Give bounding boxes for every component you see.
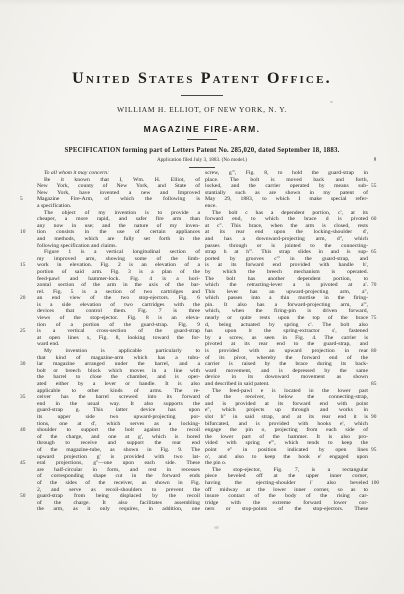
inventor-line: WILLIAM H. ELLIOT, OF NEW YORK, N. Y. bbox=[0, 105, 404, 114]
divider-rule bbox=[187, 139, 217, 140]
ink-speck bbox=[214, 526, 219, 529]
text-line: and is provided at its forward end with … bbox=[205, 401, 368, 408]
text-line: the lower part of the hammer. It is also… bbox=[205, 434, 368, 441]
line-number: 45 bbox=[20, 460, 33, 467]
text-line: 15work in elevation. Fig. 2 is an elevat… bbox=[37, 262, 200, 269]
line-number: 65 bbox=[371, 249, 384, 256]
text-line: carrier is raised by the brace during it… bbox=[205, 361, 368, 368]
text-line: of the charge, and one at g', which is b… bbox=[37, 434, 200, 441]
text-line: 75nearly or quite rests upon the top of … bbox=[205, 315, 368, 322]
text-line: ence. bbox=[205, 203, 368, 210]
text-line: screw, g''', Fig. 8, to hold the guard-s… bbox=[205, 170, 368, 177]
text-line: engage the pin o, projecting from each s… bbox=[205, 427, 368, 434]
line-number: 5 bbox=[20, 196, 33, 203]
text-line: at open lines x, Fig. 8, looking toward … bbox=[37, 335, 200, 342]
text-line: the barrel to close the chamber, and is … bbox=[37, 374, 200, 381]
line-number: 80 bbox=[371, 348, 384, 355]
text-line: guard-strap g. This latter device has up… bbox=[37, 407, 200, 414]
line-number: 100 bbox=[371, 480, 384, 487]
line-number: 15 bbox=[20, 262, 33, 269]
text-line: is a side elevation of two cartridges wi… bbox=[37, 302, 200, 309]
text-line: 85and described in said patent. bbox=[205, 381, 368, 388]
line-number: 25 bbox=[20, 328, 33, 335]
text-line: 25is a vertical cross-section of the gua… bbox=[37, 328, 200, 335]
left-column: To all whom it may concern:Be it known t… bbox=[37, 170, 200, 513]
text-line: 70which the retracting-lever a is pivote… bbox=[205, 282, 368, 289]
text-line: ated either by a lever or handle. It is … bbox=[37, 381, 200, 388]
text-line: ward movement, and is depressed by the s… bbox=[205, 368, 368, 375]
document-header: United States Patent Office. WILLIAM H. … bbox=[0, 0, 404, 168]
text-line: insure contact of the body of the rising… bbox=[205, 493, 368, 500]
ink-speck bbox=[374, 157, 376, 161]
text-line: by a screw, as seen in Fig. 4. The carri… bbox=[205, 335, 368, 342]
text-line: through to receive and support the rear … bbox=[37, 440, 200, 447]
text-line: 95point e'' in position indicated by ope… bbox=[205, 447, 368, 454]
line-number: 55 bbox=[371, 183, 384, 190]
text-line: cheaper, a more rapid, and safer fire ar… bbox=[37, 216, 200, 223]
text-line: My invention is applicable particularly … bbox=[37, 348, 200, 355]
text-line: piece beveled off at the upper inner cor… bbox=[205, 473, 368, 480]
text-line: vided with spring e''', which tends to k… bbox=[205, 440, 368, 447]
text-line: 55locked, and the carrier operated by me… bbox=[205, 183, 368, 190]
text-line: ners or stop-points of the stop-ejectors… bbox=[205, 506, 368, 513]
line-number: 70 bbox=[371, 282, 384, 289]
text-line: and methods, which are fully set forth i… bbox=[37, 236, 200, 243]
text-line: 80is provided with an upward projection … bbox=[205, 348, 368, 355]
office-title: United States Patent Office. bbox=[0, 69, 404, 89]
line-number: 35 bbox=[20, 394, 33, 401]
text-line: of corresponding shape cut in the forwar… bbox=[37, 473, 200, 480]
text-line: portion of said arm. Fig. 3 is a plan of… bbox=[37, 269, 200, 276]
text-line: 60forward end, to which the brace d is p… bbox=[205, 216, 368, 223]
text-line: zontal section of the arm in the axis of… bbox=[37, 282, 200, 289]
patent-title: MAGAZINE FIRE-ARM. bbox=[0, 124, 404, 134]
text-line: pivoted at its rear end to the guard-str… bbox=[205, 341, 368, 348]
application-line: Application filed July 3, 1883. (No mode… bbox=[0, 157, 404, 163]
line-number: 85 bbox=[371, 381, 384, 388]
text-line: May 29, 1883, to which I make special re… bbox=[205, 196, 368, 203]
text-line: that kind of magazine-arm which has a tu… bbox=[37, 355, 200, 362]
text-line: The bolt has another dependent portion, … bbox=[205, 276, 368, 283]
patent-document-page: United States Patent Office. WILLIAM H. … bbox=[0, 0, 404, 594]
text-line: Figure 1 is a vertical longitudinal sect… bbox=[37, 249, 200, 256]
text-line: To all whom it may concern: bbox=[37, 170, 200, 177]
text-line: which passes into a thin mortise in the … bbox=[205, 295, 368, 302]
text-line: 5Magazine Fire-Arm, of which the followi… bbox=[37, 196, 200, 203]
text-line: 50guard-strap from being displaced by th… bbox=[37, 493, 200, 500]
text-line: by which the breech mechanism is operate… bbox=[205, 269, 368, 276]
line-number: 75 bbox=[371, 315, 384, 322]
text-line: tions, one at d', which serves as a lock… bbox=[37, 421, 200, 428]
text-line: o', and also to keep the hook e' engaged… bbox=[205, 454, 368, 461]
line-number: 30 bbox=[20, 361, 33, 368]
text-line: 35ceiver has the barrel screwed into its… bbox=[37, 394, 200, 401]
ink-speck bbox=[330, 101, 333, 103]
text-line: 100having the ejecting-shoulder i' also … bbox=[205, 480, 368, 487]
text-line: at its rear end upon the locking-shoulde… bbox=[205, 229, 368, 236]
text-line: of the sides of the receiver, as shown i… bbox=[37, 480, 200, 487]
text-line: ward end. bbox=[37, 341, 200, 348]
text-line: at c''. This brace, when the arm is clos… bbox=[205, 223, 368, 230]
divider-rule bbox=[189, 167, 215, 168]
line-number: 90 bbox=[371, 414, 384, 421]
text-line: 40shoulder to support the bolt against t… bbox=[37, 427, 200, 434]
text-line: end in the usual way. It also supports t… bbox=[37, 401, 200, 408]
text-line: 65strap h at h'''. This strap slides in … bbox=[205, 249, 368, 256]
line-number: 10 bbox=[20, 229, 33, 236]
text-line: 90slot h'' in said strap, and at its rea… bbox=[205, 414, 368, 421]
text-line: and has a downward-projecting arm, d'', … bbox=[205, 236, 368, 243]
line-number: 60 bbox=[371, 216, 384, 223]
text-line: upward projection g' is provided with tw… bbox=[37, 454, 200, 461]
line-number: 95 bbox=[371, 447, 384, 454]
text-line: of the charge. It also facilitates assem… bbox=[37, 500, 200, 507]
text-line: the arm, as it only requires, in additio… bbox=[37, 506, 200, 513]
text-line: the pin o. bbox=[205, 460, 368, 467]
text-line: device in its downward movement as shown bbox=[205, 374, 368, 381]
text-line: is at its forward end provided with hand… bbox=[205, 262, 368, 269]
specification-body: To all whom it may concern:Be it known t… bbox=[0, 170, 404, 513]
text-line: e'', which projects up through and works… bbox=[205, 407, 368, 414]
text-line: place. The bolt is moved back and forth, bbox=[205, 177, 368, 184]
text-line: of the magazine-tube, as shown in Fig. 9… bbox=[37, 447, 200, 454]
text-line: views of the stop-ejector. Fig. 8 is an … bbox=[37, 315, 200, 322]
text-line: of the receiver, below the connecting-st… bbox=[205, 394, 368, 401]
text-line: 10tion consists in the use of certain ap… bbox=[37, 229, 200, 236]
line-number: 20 bbox=[20, 295, 33, 302]
text-line: New York, county of New York, and State … bbox=[37, 183, 200, 190]
text-line: bolt or breech block which moves in a li… bbox=[37, 368, 200, 375]
line-number: 40 bbox=[20, 427, 33, 434]
text-line: passes through or is jointed to the conn… bbox=[205, 243, 368, 250]
text-line: 20an end view of the two stop-ejectors. … bbox=[37, 295, 200, 302]
line-number: 50 bbox=[20, 493, 33, 500]
text-line: has upon it the spring-extractor s', fas… bbox=[205, 328, 368, 335]
right-column: screw, g''', Fig. 8, to hold the guard-s… bbox=[205, 170, 368, 513]
text-line: its upper side two upward-projecting por… bbox=[37, 414, 200, 421]
divider-rule bbox=[181, 95, 223, 96]
text-line: 30lar magazine arranged under the barrel… bbox=[37, 361, 200, 368]
specification-line: SPECIFICATION forming part of Letters Pa… bbox=[0, 147, 404, 154]
text-line: of its pivot, whereby the forward end of… bbox=[205, 355, 368, 362]
text-line: a specification. bbox=[37, 203, 200, 210]
text-line: 45eral projections, g''—one upon each si… bbox=[37, 460, 200, 467]
